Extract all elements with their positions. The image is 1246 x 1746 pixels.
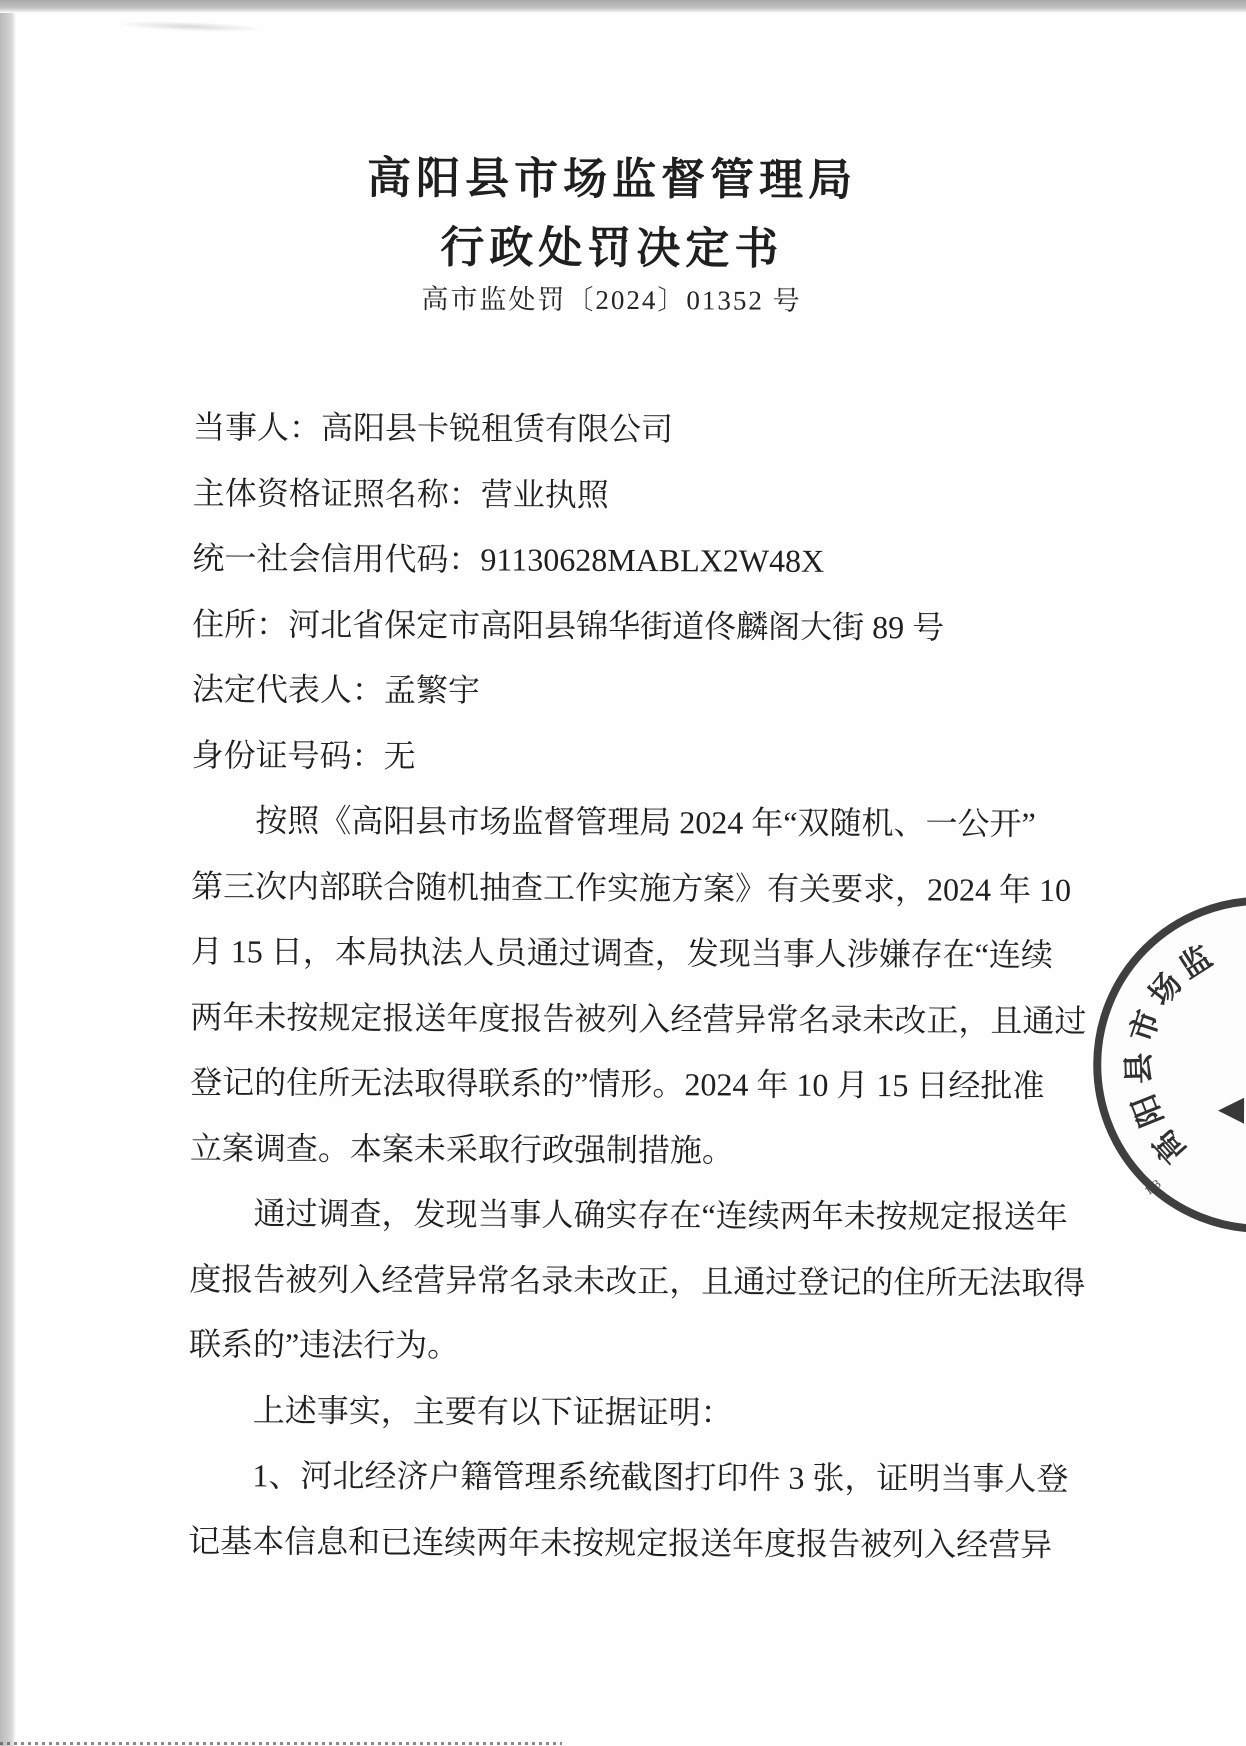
document-line: 记基本信息和已连续两年未按规定报送年度报告被列入经营异 bbox=[188, 1509, 1093, 1578]
document-line: 通过调查，发现当事人确实存在“连续两年未按规定报送年 bbox=[189, 1181, 1094, 1250]
document-line: 按照《高阳县市场监督管理局 2024 年“双随机、一公开” bbox=[191, 788, 1096, 857]
scan-edge-left bbox=[0, 0, 16, 1746]
scan-content: 高阳县市场监督管理局 行政处罚决定书 高市监处罚〔2024〕01352 号 当事… bbox=[0, 0, 1246, 1746]
document-line: 主体资格证照名称：营业执照 bbox=[193, 461, 1098, 530]
document-line: 统一社会信用代码：91130628MABLX2W48X bbox=[192, 526, 1097, 595]
document-line: 住所：河北省保定市高阳县锦华街道佟麟阁大街 89 号 bbox=[192, 592, 1097, 661]
document-line: 身份证号码：无 bbox=[191, 723, 1096, 792]
document-line: 第三次内部联合随机抽查工作实施方案》有关要求，2024 年 10 bbox=[191, 854, 1096, 923]
document-type-title: 行政处罚决定书 bbox=[152, 210, 1072, 278]
scanned-document-page: 高阳县市场监督管理局 行政处罚决定书 高市监处罚〔2024〕01352 号 当事… bbox=[0, 0, 1246, 1746]
document-line: 两年未按规定报送年度报告被列入经营异常名录未改正，且通过 bbox=[190, 985, 1095, 1054]
scan-edge-bottom bbox=[0, 1742, 562, 1745]
document-line: 立案调查。本案未采取行政强制措施。 bbox=[190, 1116, 1095, 1185]
seal-character: 县 bbox=[1122, 1051, 1157, 1086]
document-body: 当事人：高阳县卡锐租赁有限公司 主体资格证照名称：营业执照 统一社会信用代码：9… bbox=[188, 395, 1098, 1578]
scan-edge-top bbox=[0, 0, 1246, 13]
document-line: 1、河北经济户籍管理系统截图打印件 3 张，证明当事人登 bbox=[188, 1443, 1093, 1512]
document-line: 联系的”违法行为。 bbox=[189, 1312, 1094, 1381]
agency-title: 高阳县市场监督管理局 bbox=[152, 141, 1072, 209]
document-line: 月 15 日，本局执法人员通过调查，发现当事人涉嫌存在“连续 bbox=[191, 919, 1096, 988]
document-line: 登记的住所无法取得联系的”情形。2024 年 10 月 15 日经批准 bbox=[190, 1050, 1095, 1119]
document-line: 度报告被列入经营异常名录未改正，且通过登记的住所无法取得 bbox=[189, 1247, 1094, 1316]
document-line: 当事人：高阳县卡锐租赁有限公司 bbox=[193, 395, 1098, 464]
seal-star-icon bbox=[1218, 1098, 1244, 1124]
document-line: 上述事实，主要有以下证据证明： bbox=[189, 1378, 1094, 1447]
official-seal-stamp bbox=[1093, 896, 1246, 1233]
document-number: 高市监处罚〔2024〕01352 号 bbox=[152, 276, 1072, 319]
document-line: 法定代表人：孟繁宇 bbox=[192, 657, 1097, 726]
